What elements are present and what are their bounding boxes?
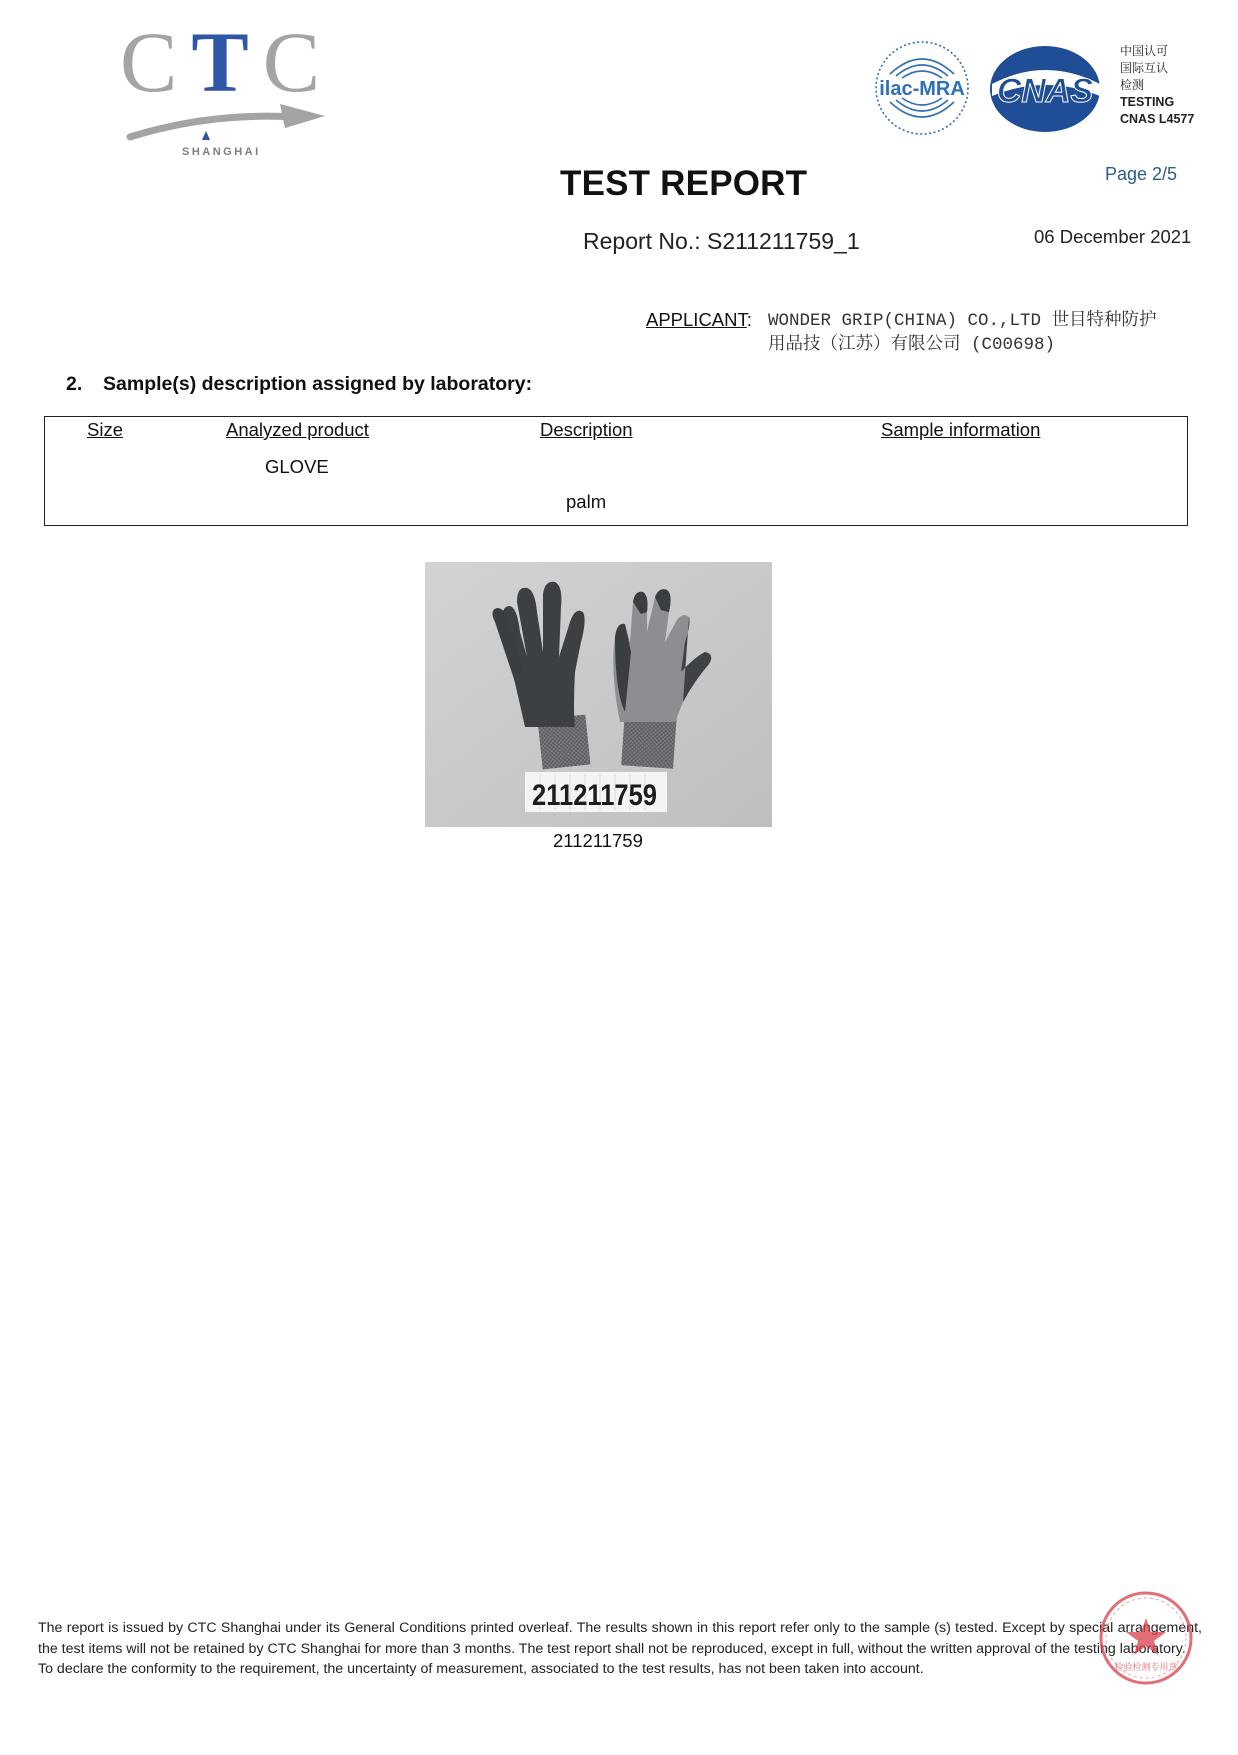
svg-text:211211759: 211211759 xyxy=(532,779,657,812)
report-title: TEST REPORT xyxy=(560,164,807,204)
footer-uncertainty: To declare the conformity to the require… xyxy=(38,1659,1202,1680)
svg-text:CNAS: CNAS xyxy=(997,72,1094,110)
applicant-block: APPLICANT: WONDER GRIP(CHINA) CO.,LTD 世目… xyxy=(646,309,752,331)
applicant-label: APPLICANT xyxy=(646,309,747,330)
column-header-size: Size xyxy=(87,419,123,441)
report-number: Report No.: S211211759_1 xyxy=(583,228,860,255)
report-date: 06 December 2021 xyxy=(1034,226,1191,248)
cnas-logo: CNAS xyxy=(988,44,1103,134)
sample-description-table: Size Analyzed product Description Sample… xyxy=(44,416,1188,526)
official-seal-stamp: 检验检测专用章 xyxy=(1098,1590,1194,1686)
accreditation-text: 中国认可 国际互认 检测 TESTING CNAS L4577 xyxy=(1120,43,1194,128)
column-header-sample-information: Sample information xyxy=(881,419,1040,441)
cell-description: palm xyxy=(566,491,606,513)
footer-conditions: The report is issued by CTC Shanghai und… xyxy=(38,1618,1202,1659)
svg-text:ilac-MRA: ilac-MRA xyxy=(879,78,965,100)
applicant-value: WONDER GRIP(CHINA) CO.,LTD 世目特种防护 用品技（江苏… xyxy=(768,309,1198,357)
footer-disclaimer: The report is issued by CTC Shanghai und… xyxy=(38,1618,1202,1680)
logo-city: SHANGHAI xyxy=(182,146,261,158)
section-heading: 2.Sample(s) description assigned by labo… xyxy=(66,373,532,396)
ctc-shanghai-logo: CTC SHANGHAI xyxy=(120,22,335,162)
cell-analyzed-product: GLOVE xyxy=(265,456,329,478)
logo-arrow-icon xyxy=(120,82,335,147)
column-header-description: Description xyxy=(540,419,633,441)
sample-photo: 211211759 xyxy=(425,562,772,827)
page-number: Page 2/5 xyxy=(1105,164,1177,185)
column-header-analyzed-product: Analyzed product xyxy=(226,419,369,441)
photo-caption: 211211759 xyxy=(553,830,643,852)
svg-text:检验检测专用章: 检验检测专用章 xyxy=(1114,1661,1177,1673)
ilac-mra-logo: ilac-MRA xyxy=(872,38,972,138)
